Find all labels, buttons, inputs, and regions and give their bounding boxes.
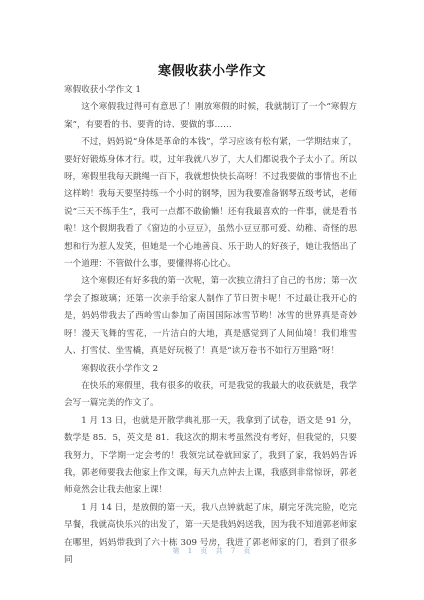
document-title: 寒假收获小学作文	[0, 63, 424, 81]
document-body: 寒假收获小学作文 1 这个寒假我过得可有意思了！刚放寒假的时候，我就制订了一个“…	[64, 82, 357, 569]
paragraph: 在快乐的寒假里，我有很多的收获，可是我觉的我最大的收获就是，我学会写一篇完美的作…	[64, 378, 357, 413]
paragraph: 不过，妈妈说“身体是革命的本钱”，学习应该有松有紧，一学期结束了，要好好锻炼身体…	[64, 134, 357, 273]
section-heading-2: 寒假收获小学作文 2	[64, 361, 357, 378]
paragraph: 1 月 14 日，是放假的第一天，我八点钟就起了床，刷完牙洗完脸，吃完早餐，我就…	[64, 500, 357, 570]
paragraph: 1 月 13 日，也就是开散学典礼那一天，我拿到了试卷，语文是 91 分，数学是…	[64, 413, 357, 500]
paragraph: 这个寒假还有好多我的第一次呢，第一次独立清扫了自己的书房；第一次学会了擦玻璃；还…	[64, 273, 357, 360]
document-page: 寒假收获小学作文 寒假收获小学作文 1 这个寒假我过得可有意思了！刚放寒假的时候…	[0, 0, 424, 600]
paragraph: 这个寒假我过得可有意思了！刚放寒假的时候，我就制订了一个“寒假方案”，有要看的书…	[64, 99, 357, 134]
section-heading-1: 寒假收获小学作文 1	[64, 82, 357, 99]
page-number-footer: 第 1 页 共 7 页	[0, 544, 424, 558]
